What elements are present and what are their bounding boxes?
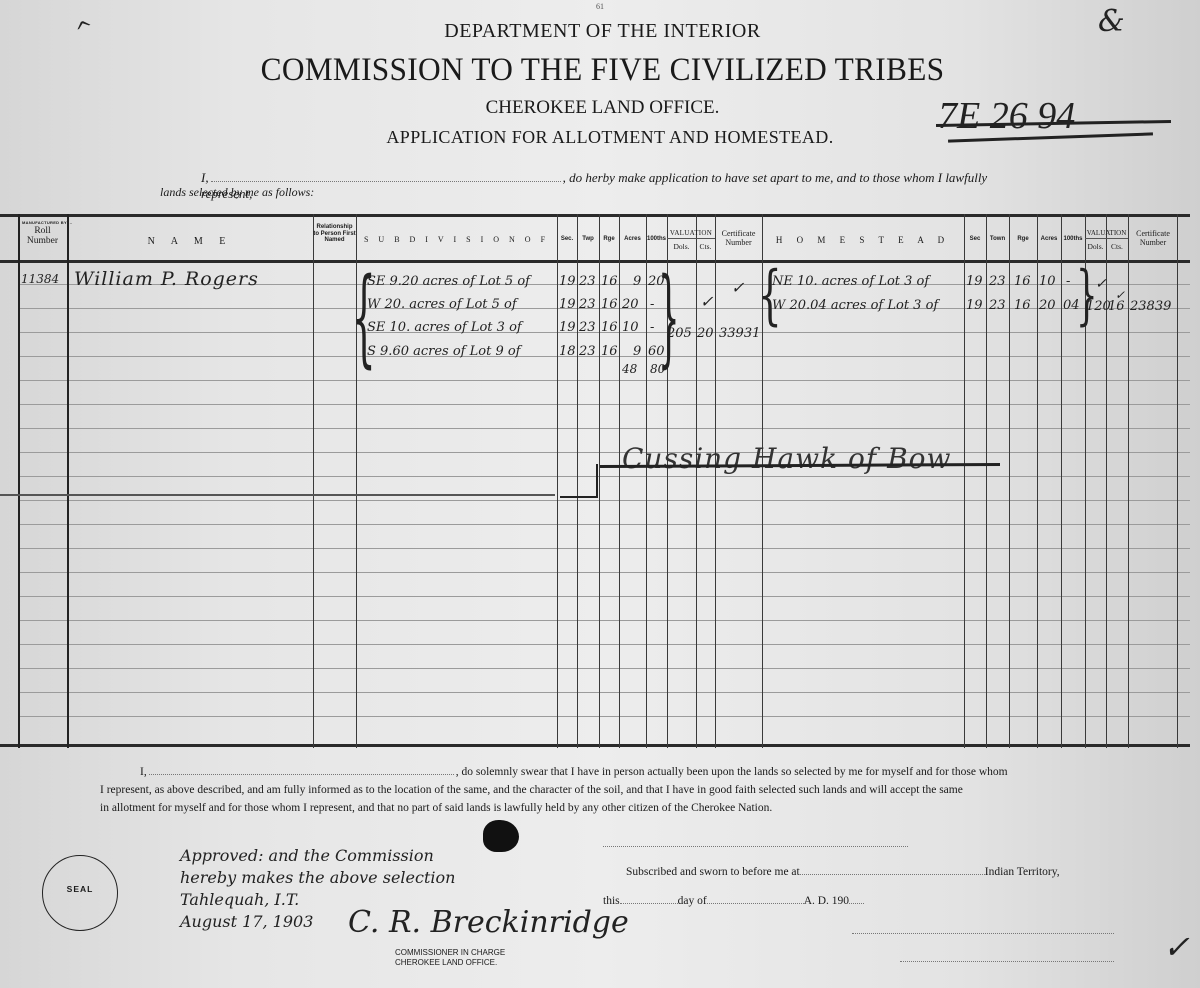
col-h-rge: Rge (1009, 236, 1037, 243)
allotment-twp: 23 (579, 320, 596, 335)
homestead-hundredths: - (1066, 274, 1070, 289)
allotment-sec: 19 (559, 297, 576, 312)
allotment-cts: 20 (697, 326, 714, 341)
homestead-desc: W 20.04 acres of Lot 3 of (772, 298, 938, 313)
stamp-line-2: CHEROKEE LAND OFFICE. (395, 958, 505, 968)
intro-line-2: lands selected by me as follows: (160, 185, 314, 200)
oath-line-1: , do solemnly swear that I have in perso… (456, 766, 1008, 778)
sworn-date-line: thisday ofA. D. 190 (603, 895, 864, 907)
rule-line (0, 494, 555, 496)
col-h-sec: Sec (964, 236, 986, 243)
allotment-desc: W 20. acres of Lot 5 of (367, 297, 517, 312)
sworn-this: this (603, 895, 620, 907)
allotment-table: MANUFACTURED BY ... Roll Number N A M E … (0, 214, 1190, 748)
allotment-rge: 16 (601, 274, 618, 289)
allotment-sec: 18 (559, 344, 576, 359)
file-number-text: 7E 26 94 (938, 95, 1075, 137)
notary-title-line[interactable] (900, 961, 1114, 962)
allotment-hundredths: - (650, 320, 654, 335)
col-name: N A M E (67, 236, 313, 247)
allotment-rge: 16 (601, 344, 618, 359)
sworn-month-field[interactable] (707, 903, 804, 904)
col-h-cts: Cts. (1106, 243, 1128, 251)
roll-number-value: 11384 (21, 272, 59, 286)
seal-label: SEAL (43, 884, 117, 894)
intro-line: I,, do herby make application to have se… (201, 170, 1021, 202)
approval-line-2: hereby makes the above selection (180, 867, 455, 889)
col-homestead: H O M E S T E A D (762, 236, 964, 246)
struck-signature: Cussing Hawk of Bow (622, 442, 951, 475)
homestead-sec: 19 (966, 274, 983, 289)
allotment-desc: SE 10. acres of Lot 3 of (367, 320, 522, 335)
col-certificate: Certificate Number (715, 230, 762, 248)
table-bottom-rule (0, 744, 1190, 747)
col-dols: Dols. (667, 243, 696, 251)
notary-signature-line[interactable] (852, 933, 1114, 934)
homestead-desc: NE 10. acres of Lot 3 of (772, 274, 929, 289)
commissioner-stamp: COMMISSIONER IN CHARGE CHEROKEE LAND OFF… (395, 948, 505, 968)
file-number: 7E 26 94 (938, 94, 1075, 138)
intro-prefix: I, (201, 170, 209, 185)
applicant-name: William P. Rogers (74, 268, 259, 290)
allotment-total-acres: 48 (622, 362, 637, 376)
applicant-name-field[interactable] (211, 181, 561, 182)
col-rge: Rge (599, 236, 619, 243)
page-number: 61 (596, 2, 604, 11)
col-h-certificate: Certificate Number (1128, 230, 1178, 248)
sworn-place-field[interactable] (800, 874, 985, 875)
homestead-twp: 23 (989, 274, 1006, 289)
allotment-acres: 20 (622, 297, 639, 312)
col-h-acres: Acres (1037, 236, 1061, 243)
bracket-mark (560, 496, 598, 498)
col-subdivision: S U B D I V I S I O N O F (356, 236, 557, 245)
table-top-rule (0, 214, 1190, 217)
printer-note: MANUFACTURED BY ... (22, 220, 73, 225)
bracket-mark (596, 464, 598, 498)
commissioner-signature: C. R. Breckinridge (348, 905, 629, 940)
homestead-certificate: 23839 (1130, 299, 1171, 314)
oath-text: I,, do solemnly swear that I have in per… (100, 763, 1110, 817)
sworn-suffix: Indian Territory, (985, 866, 1060, 878)
department-title: DEPARTMENT OF THE INTERIOR (0, 20, 1200, 43)
sworn-day-field[interactable] (620, 903, 678, 904)
allotment-rge: 16 (601, 297, 618, 312)
oath-name-field[interactable] (149, 774, 454, 775)
allotment-sec: 19 (559, 274, 576, 289)
col-h-valuation: VALUATION (1085, 230, 1128, 239)
oath-line-3: in allotment for myself and for those wh… (100, 799, 1110, 817)
homestead-rge: 16 (1014, 298, 1031, 313)
col-h-town: Town (986, 236, 1009, 243)
check-mark-icon: ✓ (1163, 928, 1190, 966)
sworn-day-of: day of (678, 895, 707, 907)
header-bottom-rule (0, 260, 1190, 263)
sworn-line: Subscribed and sworn to before me atIndi… (626, 866, 1060, 878)
col-sec: Sec. (557, 236, 577, 243)
allotment-acres: 9 (633, 344, 641, 359)
seal-circle: SEAL (42, 855, 118, 931)
col-h-dols: Dols. (1085, 243, 1106, 251)
signature-line[interactable] (603, 846, 908, 847)
homestead-acres: 20 (1039, 298, 1056, 313)
col-roll-number: Roll Number (18, 226, 67, 247)
intro-suffix: , do herby make application to have set … (201, 170, 987, 201)
col-hundredths: 100ths (646, 236, 667, 243)
sworn-prefix: Subscribed and sworn to before me at (626, 866, 800, 878)
approval-line-1: Approved: and the Commission (180, 845, 455, 867)
oath-line-2: I represent, as above described, and am … (100, 781, 1110, 799)
allotment-twp: 23 (579, 344, 596, 359)
allotment-desc: SE 9.20 acres of Lot 5 of (367, 274, 530, 289)
col-h-hundredths: 100ths (1061, 236, 1085, 243)
sworn-ad: A. D. 190 (804, 895, 849, 907)
check-mark-icon: ✓ (1095, 276, 1107, 292)
allotment-desc: S 9.60 acres of Lot 9 of (367, 344, 521, 359)
allotment-hundredths: - (650, 297, 654, 312)
check-mark-icon: ✓ (731, 278, 744, 297)
allotment-twp: 23 (579, 274, 596, 289)
ink-blot (483, 820, 519, 852)
allotment-sec: 19 (559, 320, 576, 335)
commission-title: COMMISSION TO THE FIVE CIVILIZED TRIBES (30, 52, 1175, 89)
allotment-dols: 205 (667, 326, 692, 341)
sworn-year-field[interactable] (849, 903, 864, 904)
col-twp: Twp (577, 236, 599, 243)
homestead-acres: 10 (1039, 274, 1056, 289)
col-acres: Acres (619, 236, 646, 243)
stamp-line-1: COMMISSIONER IN CHARGE (395, 948, 505, 958)
homestead-cts: 16 (1108, 299, 1125, 314)
allotment-acres: 9 (633, 274, 641, 289)
col-cts: Cts. (696, 243, 715, 251)
homestead-sec: 19 (966, 298, 983, 313)
check-mark-icon: ✓ (700, 292, 713, 311)
oath-prefix: I, (140, 766, 147, 778)
homestead-twp: 23 (989, 298, 1006, 313)
allotment-certificate: 33931 (719, 326, 760, 341)
allotment-acres: 10 (622, 320, 639, 335)
homestead-rge: 16 (1014, 274, 1031, 289)
col-relationship: Relationship to Person First Named (313, 224, 356, 244)
allotment-rge: 16 (601, 320, 618, 335)
col-valuation: VALUATION (667, 230, 715, 239)
allotment-twp: 23 (579, 297, 596, 312)
